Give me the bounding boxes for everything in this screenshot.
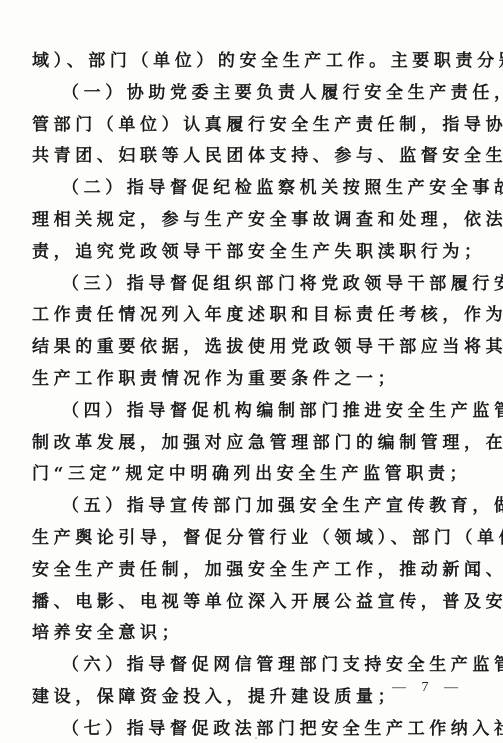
text-line: 安全生产责任制，加强安全生产工作，推动新闻、出版、广 (32, 555, 464, 587)
text-line: 制改革发展，加强对应急管理部门的编制管理，在各有关部 (32, 428, 464, 460)
text-line-item-2-start: （二）指导督促纪检监察机关按照生产安全事故调查处 (32, 173, 464, 205)
text-line: 培养安全意识； (32, 618, 464, 650)
text-line: 生产工作职责情况作为重要条件之一； (32, 364, 464, 396)
text-line-item-1-start: （一）协助党委主要负责人履行安全生产责任，督促分 (32, 78, 464, 110)
text-line: 播、电影、电视等单位深入开展公益宣传，普及安全知识， (32, 587, 464, 619)
scan-artifact (255, 737, 257, 739)
text-line: 理相关规定，参与生产安全事故调查和处理，依法依规问 (32, 205, 464, 237)
text-line: 域）、部门（单位）的安全生产工作。主要职责分别包括： (32, 46, 464, 78)
text-line-item-3-start: （三）指导督促组织部门将党政领导干部履行安全生产 (32, 269, 464, 301)
document-body: 域）、部门（单位）的安全生产工作。主要职责分别包括： （一）协助党委主要负责人履… (32, 46, 464, 743)
text-line: 管部门（单位）认真履行安全生产责任制，指导协调工会、 (32, 110, 464, 142)
text-line-item-4-start: （四）指导督促机构编制部门推进安全生产监管体制机 (32, 396, 464, 428)
text-line: 责，追究党政领导干部安全生产失职渎职行为； (32, 237, 464, 269)
document-page: 域）、部门（单位）的安全生产工作。主要职责分别包括： （一）协助党委主要负责人履… (0, 0, 503, 743)
text-line: 生产舆论引导，督促分管行业（领域）、部门（单位）健全 (32, 523, 464, 555)
text-line: 共青团、妇联等人民团体支持、参与、监督安全生产工作； (32, 141, 464, 173)
text-line-item-7-start: （七）指导督促政法部门把安全生产工作纳入社会治安 (32, 714, 464, 743)
text-line: 工作责任情况列入年度述职和目标责任考核，作为确定考核 (32, 300, 464, 332)
text-line: 门“三定”规定中明确列出安全生产监管职责； (32, 459, 464, 491)
page-number: — 7 — (392, 680, 464, 696)
text-line-item-5-start: （五）指导宣传部门加强安全生产宣传教育，做好安全 (32, 491, 464, 523)
text-line-item-6-start: （六）指导督促网信管理部门支持安全生产监管信息化 (32, 650, 464, 682)
text-line: 结果的重要依据，选拔使用党政领导干部应当将其履行安全 (32, 332, 464, 364)
